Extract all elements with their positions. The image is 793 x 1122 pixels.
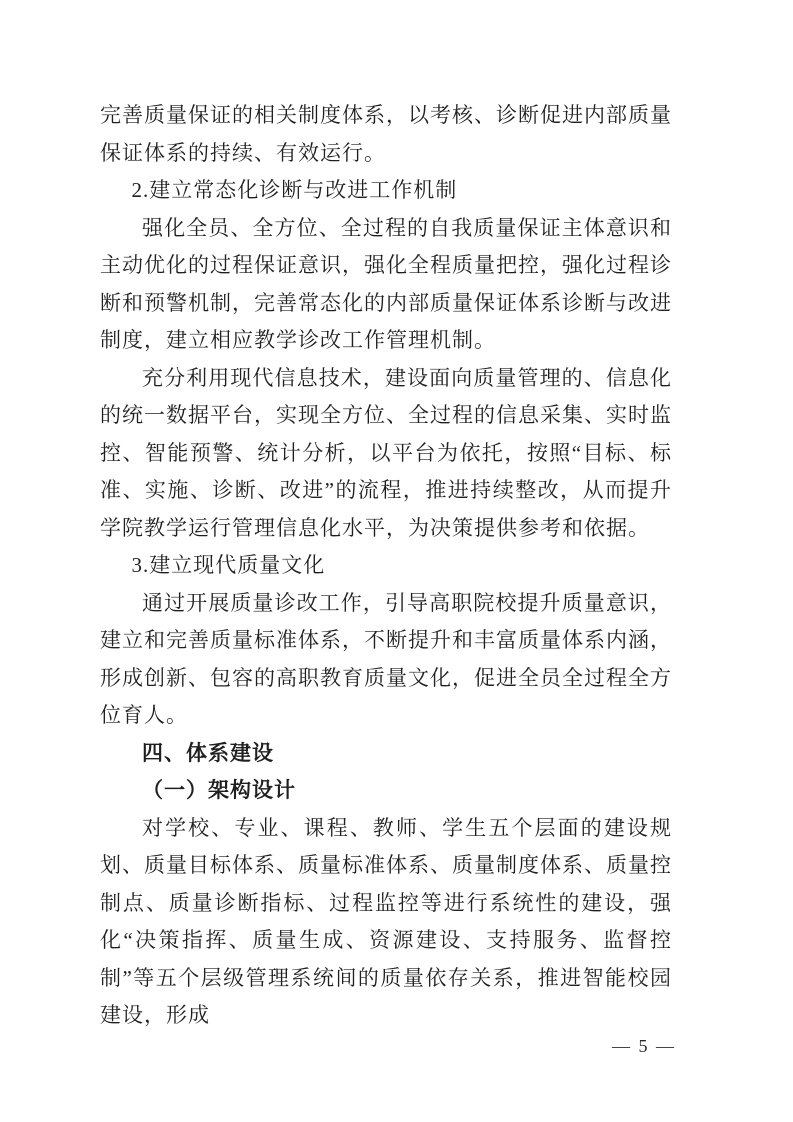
paragraph: 充分利用现代信息技术，建设面向质量管理的、信息化的统一数据平台，实现全方位、全过… [100, 360, 672, 548]
section-heading-four: 四、体系建设 [100, 735, 672, 773]
paragraph: 强化全员、全方位、全过程的自我质量保证主体意识和主动优化的过程保证意识，强化全程… [100, 210, 672, 360]
paragraph: 对学校、专业、课程、教师、学生五个层面的建设规划、质量目标体系、质量标准体系、质… [100, 810, 672, 1035]
paragraph: 通过开展质量诊改工作，引导高职院校提升质量意识，建立和完善质量标准体系，不断提升… [100, 585, 672, 735]
page-number: — 5 — [0, 1036, 676, 1057]
document-body: 完善质量保证的相关制度体系，以考核、诊断促进内部质量保证体系的持续、有效运行。 … [100, 97, 672, 1035]
numbered-heading-2: 2.建立常态化诊断与改进工作机制 [100, 172, 672, 210]
sub-section-heading-one: （一）架构设计 [100, 772, 672, 810]
paragraph-continued: 完善质量保证的相关制度体系，以考核、诊断促进内部质量保证体系的持续、有效运行。 [100, 97, 672, 172]
document-page: 完善质量保证的相关制度体系，以考核、诊断促进内部质量保证体系的持续、有效运行。 … [0, 0, 793, 1122]
numbered-heading-3: 3.建立现代质量文化 [100, 547, 672, 585]
